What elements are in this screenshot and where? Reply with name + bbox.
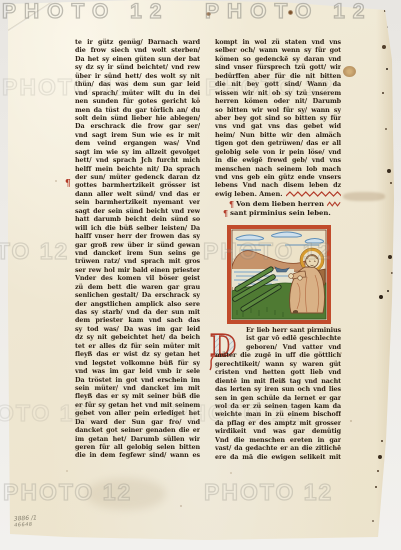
hand [289, 274, 294, 279]
text-line: sind vnser fürsprech tzü gott/ wir [215, 63, 341, 71]
foxing-spots [6, 0, 8, 2]
text-line: zü dem bett die waren gar grau [75, 283, 200, 291]
text-line: geboren/ Vnd vatter vnd [246, 343, 341, 351]
manuscript-leaf: te ir gütz genüg/ Darnach warddie frow s… [6, 0, 398, 544]
text-line: gerechtikeit/ wann sy waren güt [215, 360, 341, 368]
red-line-filler [286, 191, 341, 198]
text-line: kompt in wol zü staten vnd vns [215, 38, 341, 46]
text-line: dem veind ergangen was/ Vnd [75, 139, 200, 147]
text-line: vnd legstet volkomne büß für sy [75, 359, 200, 367]
text-line: trüwen ratz/ vnd sprach mit gros [75, 257, 200, 265]
text-line: tigen got den getrüwen/ das er all [215, 139, 341, 147]
text-line: er für sy getan het vnd mit seinem [75, 401, 200, 409]
text-line: hatt darumb beicht dein sünd so [75, 215, 200, 223]
text-line: dz sy nit gebeichtet het/ da beich [75, 333, 200, 341]
text-line: in die ewigē frewd geb/ vnd vns [215, 156, 341, 164]
text-line: te ir gütz genüg/ Darnach ward [75, 38, 200, 46]
text-line: Da het sy einen güten sun der bat [75, 55, 200, 63]
text-line: gar groß rew über ir sünd gewan [75, 241, 200, 249]
text-line: selber och/ wann wenn sy für got [215, 46, 341, 54]
text-line: sein müter/ vnd dancket im mit [75, 384, 200, 392]
text-line: men da tüst du gar törlich an/ du [75, 106, 200, 114]
text-line: herren kömen oder nit/ Darumb [215, 97, 341, 105]
below-woodcut-text: Er lieb herr sant pirminiusist gar vō ed… [215, 326, 341, 461]
text-line: ere da mā die ewigen selikeit mit [215, 453, 341, 461]
text-line: vast/ da gedachte er an die zitlichē [215, 444, 341, 452]
paper-stain [206, 12, 211, 16]
left-text-column: te ir gütz genüg/ Darnach warddie frow s… [75, 38, 200, 460]
red-line-filler [327, 201, 341, 208]
text-line: vnd dancket irem Sun seins ge [75, 249, 200, 257]
text-line: tet er alles dz für sein müter mit [75, 342, 200, 350]
amen-line: ewig leben. Amen. [215, 190, 341, 198]
text-line: sen in gen schüle da lernet er gar [215, 394, 341, 402]
text-line: fleyß das er sy mit seiner büß die [75, 392, 200, 400]
text-line: müter die zugē in uff die göttlich [215, 351, 341, 359]
text-line: nen sunden für gotes gericht kö [75, 97, 200, 105]
text-line: wirdikeit vnd was gar demütig [215, 427, 341, 435]
text-line: helff mein beichte nit/ Da sprach [75, 165, 200, 173]
text-line: über ir sünd hett/ des wolt sy nit [75, 72, 200, 80]
text-line: gelobig sele von ir pein löse/ vnd [215, 148, 341, 156]
text-line: dem priester kam vnd sach das [75, 316, 200, 324]
text-line: solt dein sünd lieber hie ablegen/ [75, 114, 200, 122]
inscription-line: 46648 [14, 521, 37, 529]
text-line: Vnd die menschen ereten in gar [215, 436, 341, 444]
text-line: wol da er zü seinen tagen kam da [215, 402, 341, 410]
right-text-column: kompt in wol zü staten vnd vnsselber och… [215, 38, 341, 190]
text-line: sagt der sein sünd beicht vnd rew [75, 207, 200, 215]
text-line: sy dz sy ir sünd beichtet/ vnd rew [75, 63, 200, 71]
text-line: senlichen gestalt/ Da erschrack sy [75, 291, 200, 299]
text-line: die in dem fegfewr sind/ wann es [75, 451, 200, 459]
rubric-line-2: sant pirminius sein leben. [230, 209, 331, 218]
text-line: halff vnser herr der frowen das sy [75, 232, 200, 240]
text-line: dancket got seiner genaden die er [75, 426, 200, 434]
corner-crease [7, 0, 54, 32]
text-line: Da ward der Sun gar fro/ vnd [75, 418, 200, 426]
chapter-rubric: ¶ Von dem lieben herren ¶ sant pirminius… [215, 200, 341, 219]
text-line: vnd sagt irem Sun wie es ir mit [75, 131, 200, 139]
text-line: heim/ Nun bitte wir den almäch [215, 131, 341, 139]
hand [298, 276, 302, 280]
text-line: der sun/ müter gedenck daran dz [75, 173, 200, 181]
text-line: lebens Vnd nach disem leben dz [215, 181, 341, 189]
text-line: geren für all gelobig selen bitten [75, 443, 200, 451]
text-line: die frow siech vnd wolt sterben/ [75, 46, 200, 54]
text-line: vnd was im gar leid vmb ir sele [75, 367, 200, 375]
woodcut-illustration [227, 225, 331, 324]
binding-edge-specks [6, 0, 8, 2]
paragraph-mark: ¶ [65, 179, 71, 189]
text-line: Er lieb herr sant pirminius [246, 326, 341, 334]
text-line: der angstlichen amplick also sere [75, 300, 200, 308]
text-line: so bitten wir wol für sy/ wann sy [215, 106, 341, 114]
text-line: die nit bey gott sind/ Wann da [215, 80, 341, 88]
text-line: das lerten sy iren sun och vnd lies [215, 385, 341, 393]
rubric-paragraph-mark: ¶ [223, 209, 228, 218]
text-line: cristen vnd hetten gott lieb vnd [215, 368, 341, 376]
text-line: sagt im wie sy im allzeit gevolget [75, 148, 200, 156]
text-line: vnd vns geb ein gütz ende vnsers [215, 173, 341, 181]
text-line: thün/ das was dem sun gar leid [75, 80, 200, 88]
paper-stain [86, 478, 166, 510]
paper-stain [288, 10, 293, 15]
text-line: vns vnd gat vns das gebet wid [215, 122, 341, 130]
amen-text: ewig leben. Amen. [215, 190, 283, 198]
text-line: weichte man in zü einem bischoff [215, 410, 341, 418]
text-line: dientē im mit fleiß tag vnd nacht [215, 377, 341, 385]
text-line: hett/ vnd sprach Jch furcht mich [75, 156, 200, 164]
text-line: wissen wir nit ob sy tzü vnserem [215, 89, 341, 97]
photo-background: te ir gütz genüg/ Darnach warddie frow s… [0, 0, 401, 550]
text-line: ist gar vō edlē geschlechte [246, 334, 341, 342]
text-line: sy tod was/ Da was im gar leid [75, 325, 200, 333]
text-line: aber bey got sind so bitten sy für [215, 114, 341, 122]
text-line: das sy starb/ vnd da der sun mit [75, 308, 200, 316]
text-line: bedürffen aber für die nit bitten [215, 72, 341, 80]
text-line: gebet von aller pein erlediget het [75, 409, 200, 417]
text-line: vnd sprach/ müter wilt du in dei [75, 89, 200, 97]
text-line: dann aller welt sünd/ vnd das er [75, 190, 200, 198]
text-line: im getan het/ Darumb süllen wir [75, 435, 200, 443]
text-line: Da tröstet in got vnd erschein im [75, 376, 200, 384]
text-line: Vnder des komen vil böser geist [75, 274, 200, 282]
rubric-line-1: Von dem lieben herren [236, 200, 324, 209]
pencil-inscription: 3886 /1 46648 [14, 514, 38, 529]
text-line: fleyß das er wist dz sy getan het [75, 350, 200, 358]
paper-stain [343, 66, 356, 77]
text-line: kömen so gedenckē sy daran vnd [215, 55, 341, 63]
text-line: menschen nach seinem lob mach [215, 165, 341, 173]
text-line: will ich die büß selber leisten/ Da [75, 224, 200, 232]
paper-stain [343, 192, 385, 201]
text-line: Da erschrack die frow gar ser/ [75, 122, 200, 130]
text-line: gottes barmhertzikeit grösser ist [75, 181, 200, 189]
text-line: ser rew hol mir bald einen priester [75, 266, 200, 274]
text-line: sein barmhertzikeit nyemant ver [75, 198, 200, 206]
rubric-paragraph-mark: ¶ [229, 200, 234, 209]
text-line: da pflag er des amptz mit grosser [215, 419, 341, 427]
